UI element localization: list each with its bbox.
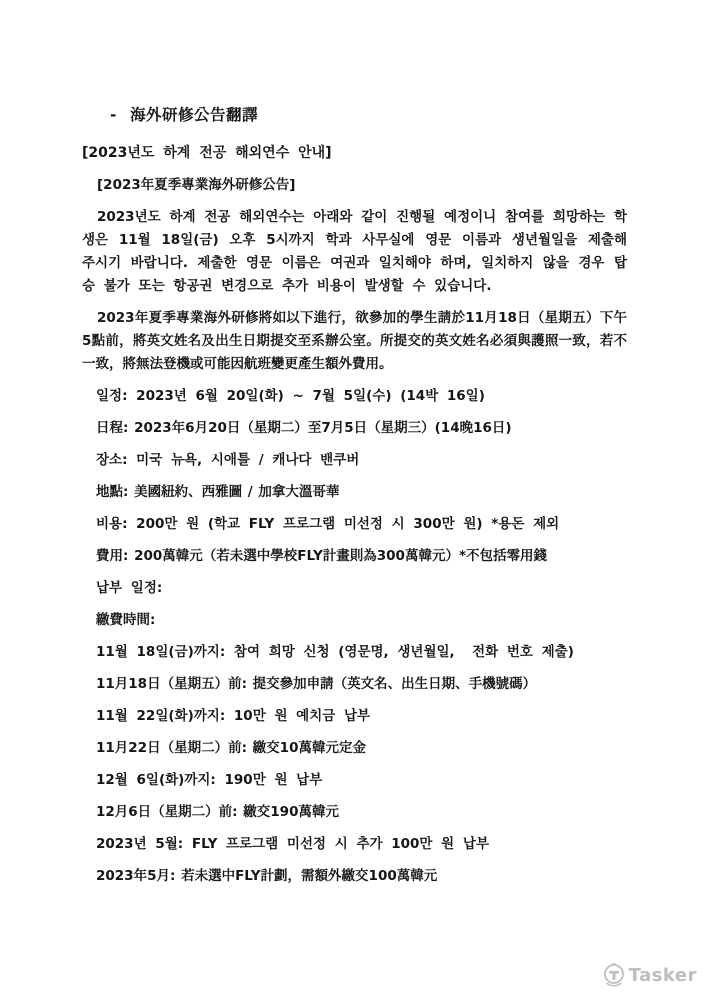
doc-line-payment-header-ko: 납부 일정: [96,577,707,600]
title-text: 海外研修公告翻譯 [130,106,258,124]
doc-line-cost-zh: 費用: 200萬韓元（若未選中學校FLY計畫則為300萬韓元）*不包括零用錢 [96,545,707,568]
heading-chinese: [2023年夏季專業海外研修公告] [97,174,707,197]
intro-paragraph-chinese: 2023年夏季專業海外研修將如以下進行，欲參加的學生請於11月18日（星期五）下… [82,307,627,376]
document-page: -海外研修公告翻譯 [2023년도 하계 전공 해외연수 안내] [2023年夏… [0,0,707,1000]
heading-korean: [2023년도 하계 전공 해외연수 안내] [82,142,707,165]
doc-line-deadline4-zh: 2023年5月: 若未選中FLY計劃，需額外繳交100萬韓元 [96,865,707,888]
title-dash: - [110,104,117,127]
doc-line-deadline3-zh: 12月6日（星期二）前: 繳交190萬韓元 [96,801,707,824]
doc-line-deadline2-ko: 11월 22일(화)까지: 10만 원 예치금 납부 [96,705,707,728]
doc-line-location-ko: 장소: 미국 뉴욕, 시애틀 / 캐나다 밴쿠버 [96,449,707,472]
doc-line-deadline4-ko: 2023년 5월: FLY 프로그램 미선정 시 추가 100만 원 납부 [96,833,707,856]
tasker-logo-icon [602,962,626,988]
doc-line-cost-ko: 비용: 200만 원 (학교 FLY 프로그램 미선정 시 300만 원) *용… [96,513,707,536]
intro-paragraph-korean: 2023년도 하계 전공 해외연수는 아래와 같이 진행될 예정이니 참여를 희… [82,206,627,298]
doc-line-deadline1-ko: 11월 18일(금)까지: 참여 희망 신청 (영문명, 생년월일, 전화 번호… [96,641,707,664]
doc-line-schedule-zh: 日程: 2023年6月20日（星期二）至7月5日（星期三）(14晚16日) [96,417,707,440]
document-title: -海外研修公告翻譯 [110,104,707,127]
tasker-watermark: Tasker [602,962,697,988]
doc-line-deadline3-ko: 12월 6일(화)까지: 190만 원 납부 [96,769,707,792]
doc-line-location-zh: 地點: 美國紐約、西雅圖 / 加拿大溫哥華 [96,481,707,504]
doc-line-deadline1-zh: 11月18日（星期五）前: 提交參加申請（英文名、出生日期、手機號碼） [96,673,707,696]
doc-line-payment-header-zh: 繳費時間: [96,609,707,632]
doc-line-deadline2-zh: 11月22日（星期二）前: 繳交10萬韓元定金 [96,737,707,760]
doc-line-schedule-ko: 일정: 2023년 6월 20일(화) ~ 7월 5일(수) (14박 16일) [96,385,707,408]
watermark-label: Tasker [629,965,697,986]
